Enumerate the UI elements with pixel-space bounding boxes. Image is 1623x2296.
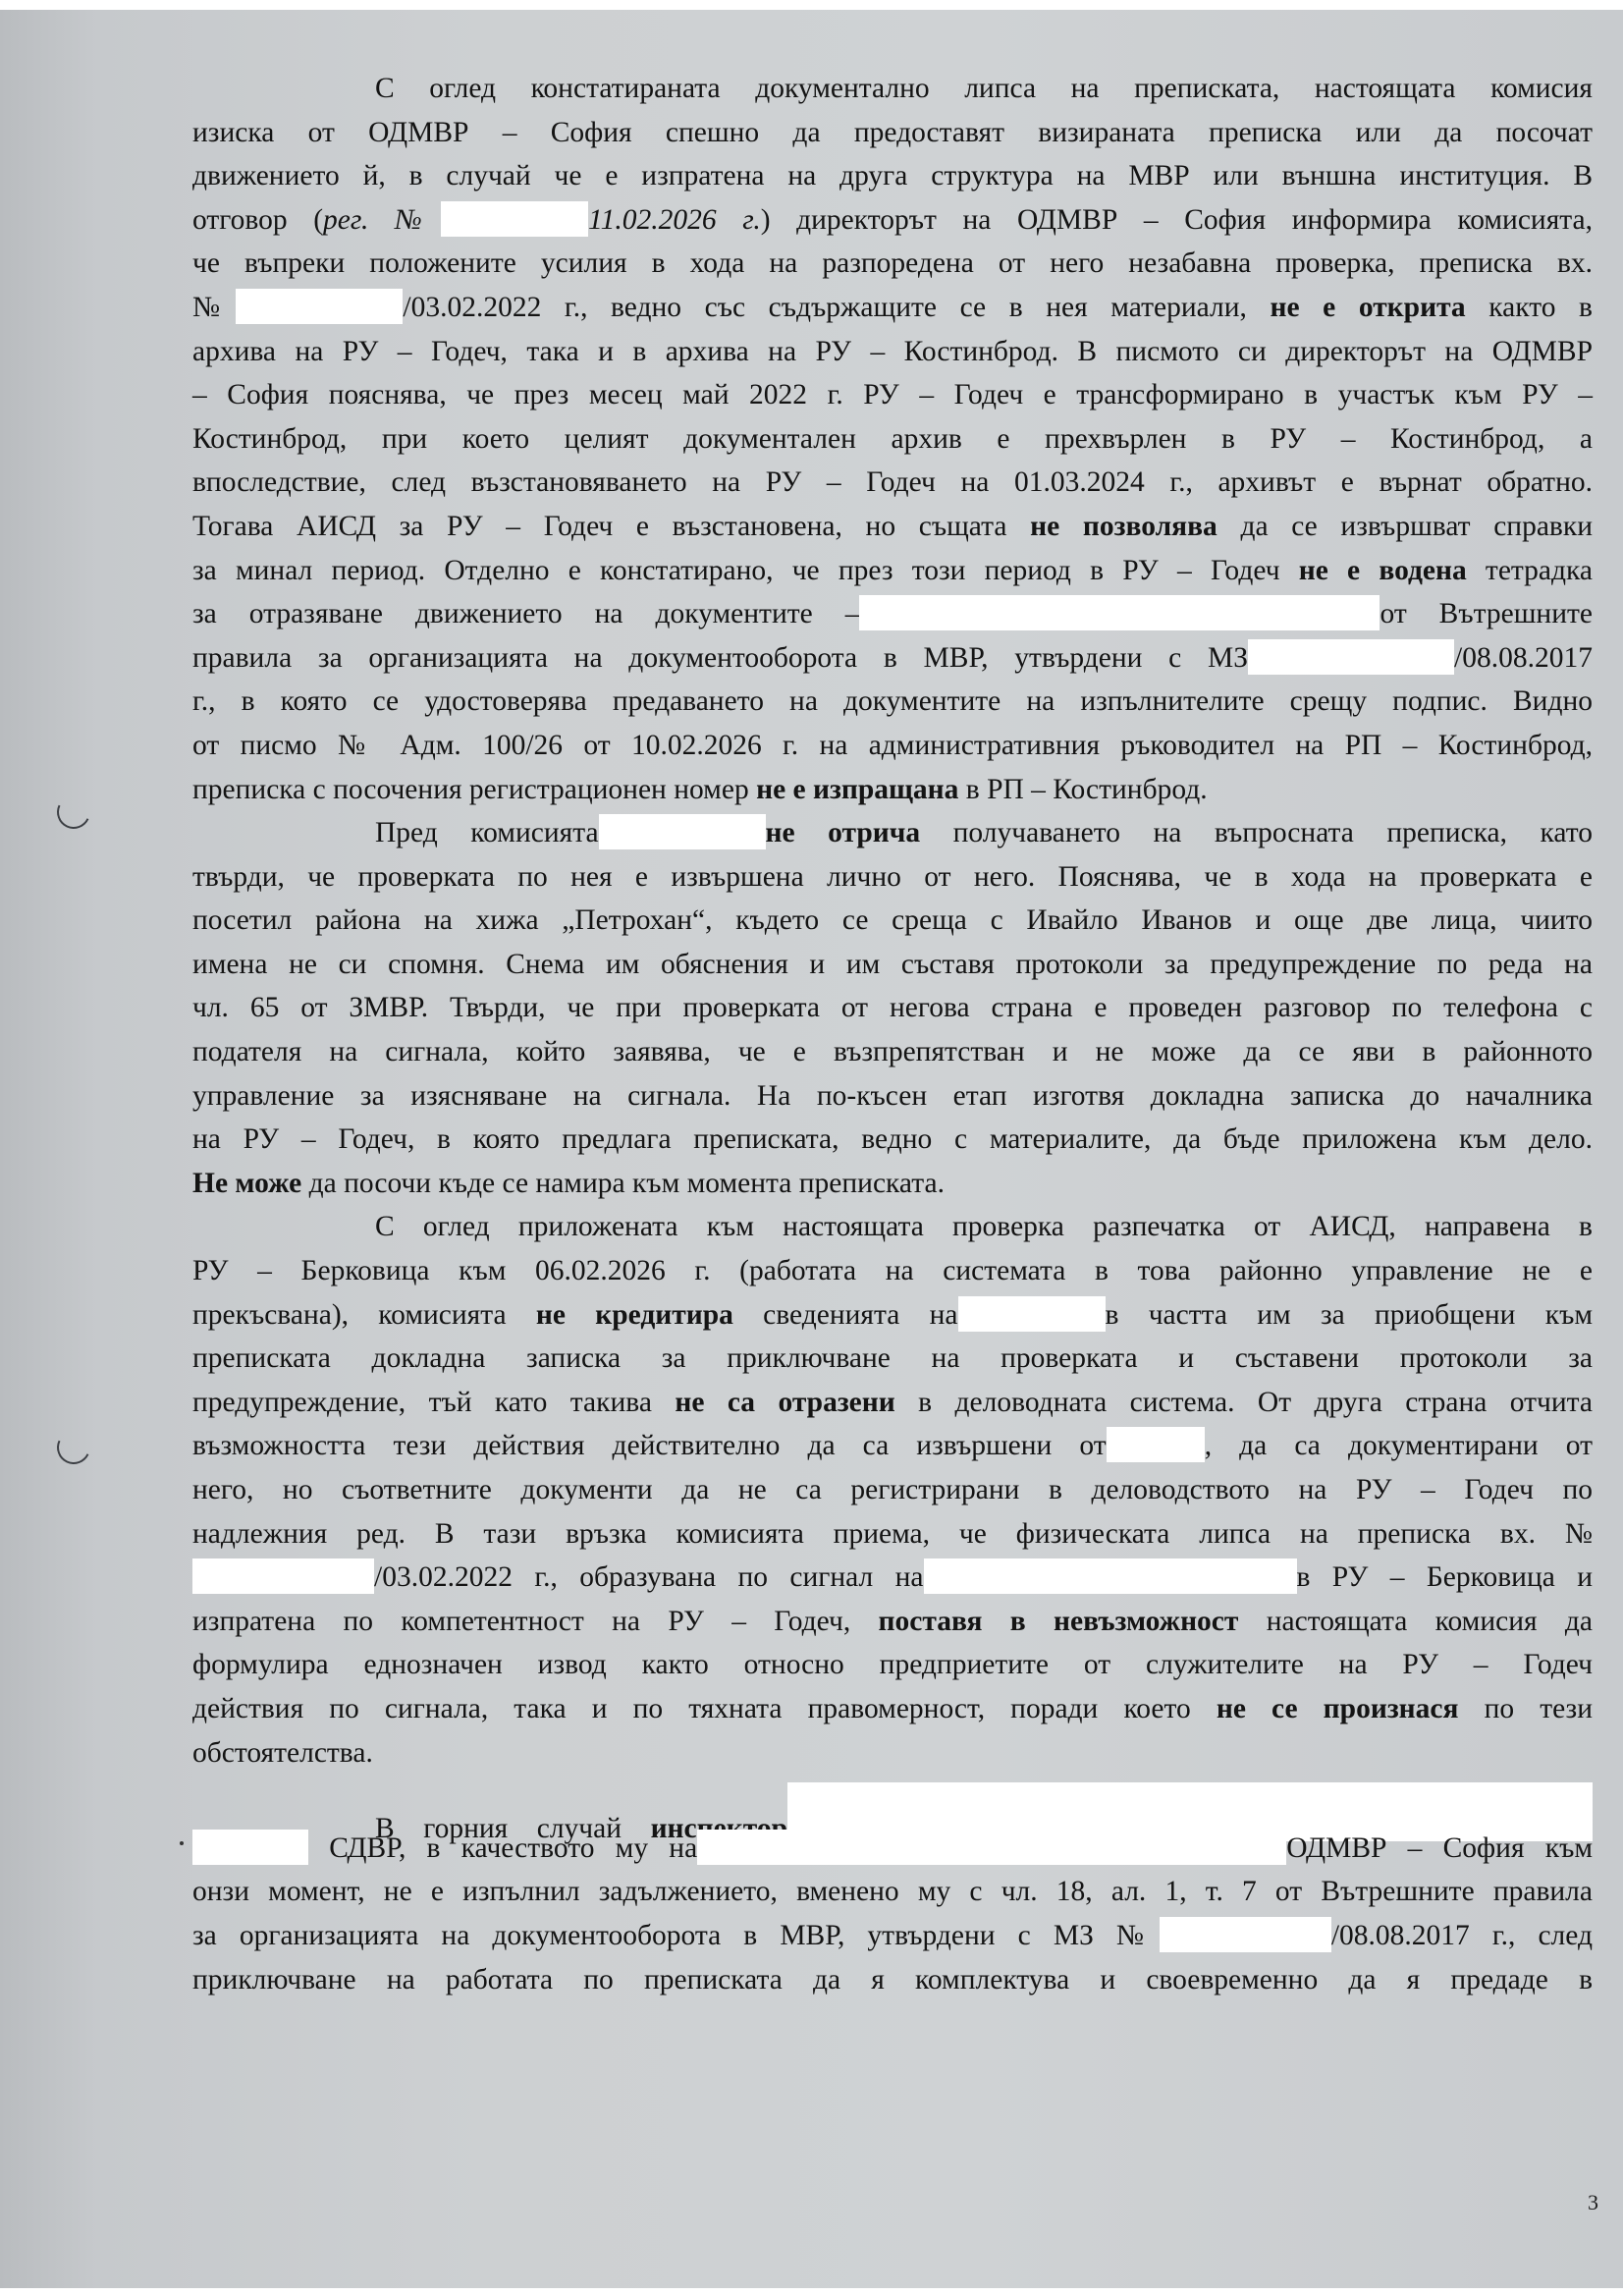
text: г., в която се удостоверява предаването … (192, 685, 1593, 717)
bold-text: Не може (192, 1168, 301, 1199)
redaction-box (599, 814, 766, 849)
redaction-box (236, 289, 403, 324)
text: предупреждение, тъй като такива (192, 1387, 675, 1418)
text: в РУ – Берковица и (1297, 1561, 1593, 1593)
text: получаването на въпросната преписка, кат… (920, 817, 1593, 848)
text: на РУ – Годеч, в която предлага преписка… (192, 1123, 1593, 1155)
text: него, но съответните документи да не са … (192, 1474, 1593, 1505)
redaction-box (1248, 639, 1454, 675)
text: Пред комисията (375, 817, 599, 848)
text-line: за отразяване движението на документите … (192, 592, 1593, 636)
bold-text: не се произнася (1217, 1693, 1459, 1724)
text: от писмо № Адм. 100/26 от 10.02.2026 г. … (192, 730, 1593, 761)
redaction-box (1107, 1427, 1205, 1462)
text: архива на РУ – Годеч, така и в архива на… (192, 336, 1593, 367)
text: , да са документирани от (1205, 1430, 1593, 1461)
text: твърди, че проверката по нея е извършена… (192, 861, 1593, 893)
text-line: обстоятелства. (192, 1731, 1593, 1776)
text: надлежния ред. В тази връзка комисията п… (192, 1518, 1593, 1550)
text-line: преписката докладна записка за приключва… (192, 1337, 1593, 1381)
italic-text: рег. № (323, 204, 441, 236)
text: формулира еднозначен извод както относно… (192, 1649, 1593, 1680)
text: прекъсвана), комисията (192, 1299, 536, 1331)
text: сведенията на (733, 1299, 958, 1331)
text: по тези (1458, 1693, 1593, 1724)
text-line: В горния случай инспектор (192, 1782, 1593, 1827)
text: подателя на сигнала, който заявява, че е… (192, 1036, 1593, 1067)
text: управление за изясняване на сигнала. На … (192, 1080, 1593, 1112)
bold-text: поставя в невъзможност (879, 1606, 1239, 1637)
text: преписка с посочения регистрационен номе… (192, 774, 756, 805)
text: /08.08.2017 г., след (1331, 1920, 1593, 1951)
margin-pen-mark (52, 791, 95, 834)
text-line: Не може да посочи къде се намира към мом… (192, 1162, 1593, 1206)
bold-text: не е открита (1270, 292, 1465, 323)
text-line: него, но съответните документи да не са … (192, 1468, 1593, 1512)
text: тетрадка (1467, 555, 1593, 586)
text-line: имена не си спомня. Снема им обяснения и… (192, 943, 1593, 987)
text: С оглед приложената към настоящата прове… (375, 1211, 1593, 1242)
redaction-box (859, 595, 1380, 630)
text: обстоятелства. (192, 1737, 373, 1769)
text-line: управление за изясняване на сигнала. На … (192, 1074, 1593, 1119)
text: в частта им за приобщени към (1106, 1299, 1594, 1331)
text-line: С оглед констатираната документално липс… (192, 67, 1593, 111)
text-line: на РУ – Годеч, в която предлага преписка… (192, 1118, 1593, 1162)
scanned-page: С оглед констатираната документално липс… (0, 10, 1623, 2288)
text-line: прекъсвана), комисията не кредитира свед… (192, 1293, 1593, 1338)
text-line: изиска от ОДМВР – София спешно да предос… (192, 111, 1593, 155)
text: изиска от ОДМВР – София спешно да предос… (192, 117, 1593, 148)
text: С оглед констатираната документално липс… (375, 73, 1593, 104)
text-line: Костинброд, при което целият документале… (192, 417, 1593, 462)
text: имена не си спомня. Снема им обяснения и… (192, 949, 1593, 980)
text: /08.08.2017 (1454, 642, 1593, 674)
redaction-box (1160, 1917, 1331, 1952)
redaction-box (192, 1558, 374, 1594)
text-line: надлежния ред. В тази връзка комисията п… (192, 1512, 1593, 1557)
text-line: г., в която се удостоверява предаването … (192, 680, 1593, 724)
text-line: приключване на работата по преписката да… (192, 1958, 1593, 2002)
text-line: за организацията на документооборота в М… (192, 1914, 1593, 1958)
margin-dot (180, 1841, 184, 1845)
bold-text: не отрича (766, 817, 921, 848)
text-line: СДВР, в качеството му наОДМВР – София къ… (192, 1827, 1593, 1871)
text: настоящата комисия да (1238, 1606, 1593, 1637)
text-line: №/03.02.2022 г., ведно със съдържащите с… (192, 286, 1593, 330)
text: в РП – Костинброд. (958, 774, 1207, 805)
text: впоследствие, след възстановяването на Р… (192, 466, 1593, 498)
text-line: посетил района на хижа „Петрохан“, къдет… (192, 899, 1593, 943)
text: онзи момент, не е изпълнил задължението,… (192, 1876, 1593, 1907)
text-line: твърди, че проверката по нея е извършена… (192, 855, 1593, 900)
text-line: че въпреки положените усилия в хода на р… (192, 242, 1593, 286)
text: чл. 65 от ЗМВР. Твърди, че при проверкат… (192, 992, 1593, 1023)
margin-pen-mark (52, 1426, 95, 1469)
text: от Вътрешните (1380, 598, 1593, 629)
text: Костинброд, при което целият документале… (192, 423, 1593, 455)
text-line: отговор (рег. №11.02.2026 г.) директорът… (192, 198, 1593, 243)
bold-text: не позволява (1030, 511, 1217, 542)
text-line: изпратена по компетентност на РУ – Годеч… (192, 1600, 1593, 1644)
bold-text: не кредитира (536, 1299, 733, 1331)
text: посетил района на хижа „Петрохан“, къдет… (192, 904, 1593, 936)
text: изпратена по компетентност на РУ – Годеч… (192, 1606, 879, 1637)
text-line: формулира еднозначен извод както относно… (192, 1643, 1593, 1687)
text: № (192, 292, 236, 323)
text-line: от писмо № Адм. 100/26 от 10.02.2026 г. … (192, 724, 1593, 768)
text: отговор ( (192, 204, 323, 236)
text: за минал период. Отделно е констатирано,… (192, 555, 1299, 586)
text: СДВР, в качеството му на (308, 1832, 697, 1864)
text-line: Тогава АИСД за РУ – Годеч е възстановена… (192, 505, 1593, 549)
text: за отразяване движението на документите … (192, 598, 859, 629)
text-line: действия по сигнала, така и по тяхната п… (192, 1687, 1593, 1731)
text-line: онзи момент, не е изпълнил задължението,… (192, 1870, 1593, 1914)
redaction-box (697, 1830, 1286, 1865)
text-line: преписка с посочения регистрационен номе… (192, 768, 1593, 812)
text: /03.02.2022 г., образувана по сигнал на (374, 1561, 924, 1593)
text-line: възможността тези действия действително … (192, 1424, 1593, 1468)
bold-text: не е водена (1299, 555, 1467, 586)
text-line: С оглед приложената към настоящата прове… (192, 1205, 1593, 1249)
text-line: впоследствие, след възстановяването на Р… (192, 461, 1593, 505)
text-line: Пред комисиятане отрича получаването на … (192, 811, 1593, 855)
text: в деловодната система. От друга страна о… (895, 1387, 1593, 1418)
text-line: движението й, в случай че е изпратена на… (192, 154, 1593, 198)
bold-text: не е изпращана (756, 774, 958, 805)
text-line: РУ – Берковица към 06.02.2026 г. (работа… (192, 1249, 1593, 1293)
text: Тогава АИСД за РУ – Годеч е възстановена… (192, 511, 1030, 542)
text: да се извършват справки (1217, 511, 1593, 542)
document-body: С оглед констатираната документално липс… (192, 67, 1593, 2001)
italic-text: 11.02.2026 г. (588, 204, 761, 236)
text-line: – София пояснява, че през месец май 2022… (192, 373, 1593, 417)
text-line: правила за организацията на документообо… (192, 636, 1593, 681)
text: приключване на работата по преписката да… (192, 1964, 1593, 1995)
text: че въпреки положените усилия в хода на р… (192, 247, 1593, 279)
redaction-box (958, 1296, 1106, 1332)
redaction-box (192, 1830, 308, 1865)
text: да посочи къде се намира към момента пре… (301, 1168, 945, 1199)
text: – София пояснява, че през месец май 2022… (192, 379, 1593, 410)
text: възможността тези действия действително … (192, 1430, 1107, 1461)
text: правила за организацията на документообо… (192, 642, 1248, 674)
redaction-box (441, 201, 588, 237)
text-line: подателя на сигнала, който заявява, че е… (192, 1030, 1593, 1074)
text-line: чл. 65 от ЗМВР. Твърди, че при проверкат… (192, 986, 1593, 1030)
text-line: за минал период. Отделно е констатирано,… (192, 549, 1593, 593)
text: действия по сигнала, така и по тяхната п… (192, 1693, 1217, 1724)
text: ) директорът на ОДМВР – София информира … (761, 204, 1593, 236)
text: преписката докладна записка за приключва… (192, 1342, 1593, 1374)
bold-text: не са отразени (675, 1387, 894, 1418)
text-line: /03.02.2022 г., образувана по сигнал нав… (192, 1556, 1593, 1600)
page-number: 3 (1588, 2190, 1598, 2215)
text: ОДМВР – София към (1286, 1832, 1593, 1864)
text: движението й, в случай че е изпратена на… (192, 160, 1593, 191)
redaction-box (924, 1558, 1297, 1594)
text: РУ – Берковица към 06.02.2026 г. (работа… (192, 1255, 1593, 1286)
text: както в (1466, 292, 1593, 323)
text: за организацията на документооборота в М… (192, 1920, 1160, 1951)
text-line: архива на РУ – Годеч, така и в архива на… (192, 330, 1593, 374)
text-line: предупреждение, тъй като такива не са от… (192, 1381, 1593, 1425)
text: /03.02.2022 г., ведно със съдържащите се… (403, 292, 1270, 323)
